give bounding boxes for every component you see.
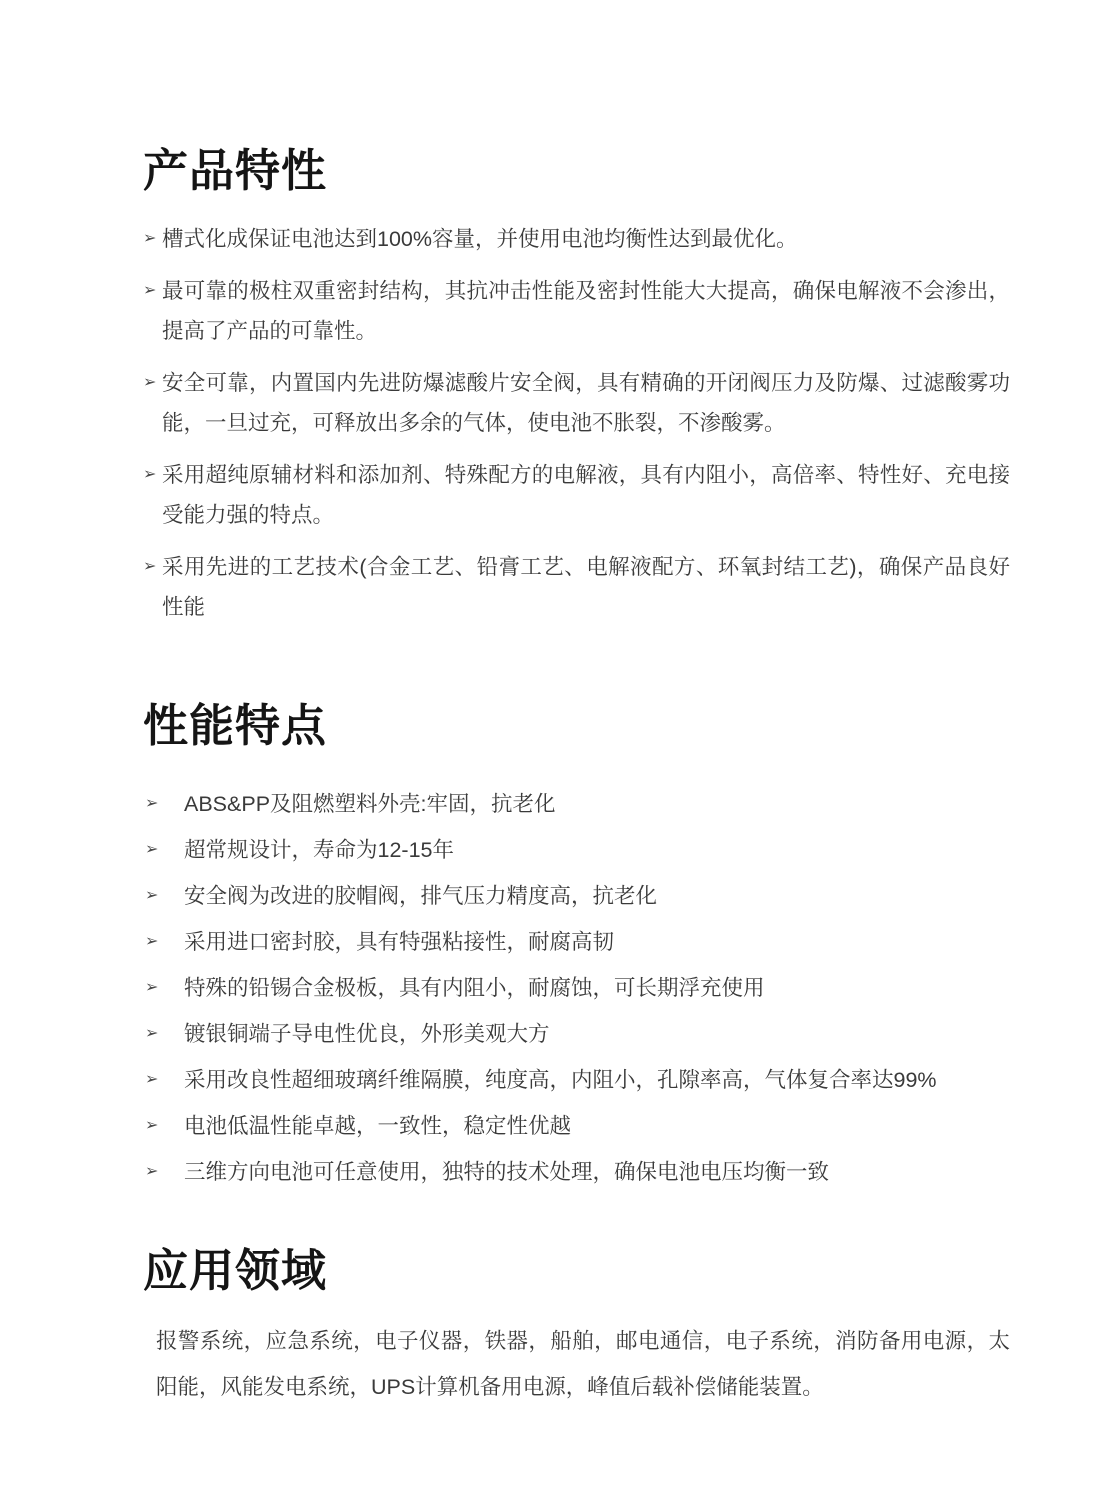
list-item-text: 电池低温性能卓越，一致性，稳定性优越 [184, 1114, 571, 1138]
list-item: ➢ 镀银铜端子导电性优良，外形美观大方 [143, 1011, 1010, 1057]
list-item: ➢ 安全阀为改进的胶帽阀，排气压力精度高，抗老化 [143, 873, 1010, 919]
list-item-text: 采用先进的工艺技术(合金工艺、铅膏工艺、电解液配方、环氧封结工艺)，确保产品良好… [162, 555, 1010, 619]
document-page: 产品特性 ➢ 槽式化成保证电池达到100%容量，并使用电池均衡性达到最优化。 ➢… [0, 0, 1105, 1500]
list-item: ➢ 采用超纯原辅材料和添加剂、特殊配方的电解液，具有内阻小，高倍率、特性好、充电… [143, 455, 1010, 535]
arrow-bullet-icon: ➢ [145, 1103, 158, 1149]
list-item: ➢ 采用进口密封胶，具有特强粘接性，耐腐高韧 [143, 919, 1010, 965]
product-features-list: ➢ 槽式化成保证电池达到100%容量，并使用电池均衡性达到最优化。 ➢ 最可靠的… [143, 219, 1010, 627]
arrow-bullet-icon: ➢ [143, 455, 156, 495]
list-item-text: 槽式化成保证电池达到100%容量，并使用电池均衡性达到最优化。 [162, 227, 798, 251]
list-item-text: 镀银铜端子导电性优良，外形美观大方 [184, 1022, 550, 1046]
arrow-bullet-icon: ➢ [143, 547, 156, 587]
arrow-bullet-icon: ➢ [145, 1057, 158, 1103]
arrow-bullet-icon: ➢ [145, 1149, 158, 1195]
arrow-bullet-icon: ➢ [145, 827, 158, 873]
list-item-text: 三维方向电池可任意使用，独特的技术处理，确保电池电压均衡一致 [184, 1160, 829, 1184]
application-fields-paragraph: 报警系统，应急系统，电子仪器，铁器，船舶，邮电通信，电子系统，消防备用电源，太阳… [156, 1318, 1010, 1410]
section-title-application-fields: 应用领域 [143, 1248, 1010, 1293]
arrow-bullet-icon: ➢ [145, 965, 158, 1011]
section-performance-features: 性能特点 ➢ ABS&PP及阻燃塑料外壳:牢固，抗老化 ➢ 超常规设计，寿命为1… [143, 703, 1010, 1195]
performance-features-list: ➢ ABS&PP及阻燃塑料外壳:牢固，抗老化 ➢ 超常规设计，寿命为12-15年… [143, 781, 1010, 1195]
list-item: ➢ 槽式化成保证电池达到100%容量，并使用电池均衡性达到最优化。 [143, 219, 1010, 259]
section-title-performance-features: 性能特点 [143, 703, 1010, 748]
list-item-text: 特殊的铅锡合金极板，具有内阻小，耐腐蚀，可长期浮充使用 [184, 976, 765, 1000]
list-item: ➢ 电池低温性能卓越，一致性，稳定性优越 [143, 1103, 1010, 1149]
list-item-text: 采用改良性超细玻璃纤维隔膜，纯度高，内阻小，孔隙率高，气体复合率达99% [184, 1068, 937, 1092]
arrow-bullet-icon: ➢ [145, 1011, 158, 1057]
arrow-bullet-icon: ➢ [143, 271, 156, 311]
list-item-text: 超常规设计，寿命为12-15年 [184, 838, 454, 862]
list-item-text: 采用超纯原辅材料和添加剂、特殊配方的电解液，具有内阻小，高倍率、特性好、充电接受… [162, 463, 1010, 527]
list-item: ➢ ABS&PP及阻燃塑料外壳:牢固，抗老化 [143, 781, 1010, 827]
list-item: ➢ 超常规设计，寿命为12-15年 [143, 827, 1010, 873]
list-item-text: 安全阀为改进的胶帽阀，排气压力精度高，抗老化 [184, 884, 657, 908]
list-item: ➢ 安全可靠，内置国内先进防爆滤酸片安全阀，具有精确的开闭阀压力及防爆、过滤酸雾… [143, 363, 1010, 443]
list-item: ➢ 三维方向电池可任意使用，独特的技术处理，确保电池电压均衡一致 [143, 1149, 1010, 1195]
list-item-text: 最可靠的极柱双重密封结构，其抗冲击性能及密封性能大大提高，确保电解液不会渗出，提… [162, 279, 1010, 343]
section-application-fields: 应用领域 报警系统，应急系统，电子仪器，铁器，船舶，邮电通信，电子系统，消防备用… [143, 1248, 1010, 1410]
arrow-bullet-icon: ➢ [145, 919, 158, 965]
list-item: ➢ 采用先进的工艺技术(合金工艺、铅膏工艺、电解液配方、环氧封结工艺)，确保产品… [143, 547, 1010, 627]
list-item-text: 安全可靠，内置国内先进防爆滤酸片安全阀，具有精确的开闭阀压力及防爆、过滤酸雾功能… [162, 371, 1010, 435]
arrow-bullet-icon: ➢ [143, 363, 156, 403]
list-item-text: 采用进口密封胶，具有特强粘接性，耐腐高韧 [184, 930, 614, 954]
list-item: ➢ 特殊的铅锡合金极板，具有内阻小，耐腐蚀，可长期浮充使用 [143, 965, 1010, 1011]
list-item-text: ABS&PP及阻燃塑料外壳:牢固，抗老化 [184, 792, 556, 816]
section-product-features: 产品特性 ➢ 槽式化成保证电池达到100%容量，并使用电池均衡性达到最优化。 ➢… [143, 148, 1010, 627]
list-item: ➢ 采用改良性超细玻璃纤维隔膜，纯度高，内阻小，孔隙率高，气体复合率达99% [143, 1057, 1010, 1103]
list-item: ➢ 最可靠的极柱双重密封结构，其抗冲击性能及密封性能大大提高，确保电解液不会渗出… [143, 271, 1010, 351]
section-title-product-features: 产品特性 [143, 148, 1010, 193]
arrow-bullet-icon: ➢ [145, 781, 158, 827]
arrow-bullet-icon: ➢ [143, 219, 156, 259]
arrow-bullet-icon: ➢ [145, 873, 158, 919]
